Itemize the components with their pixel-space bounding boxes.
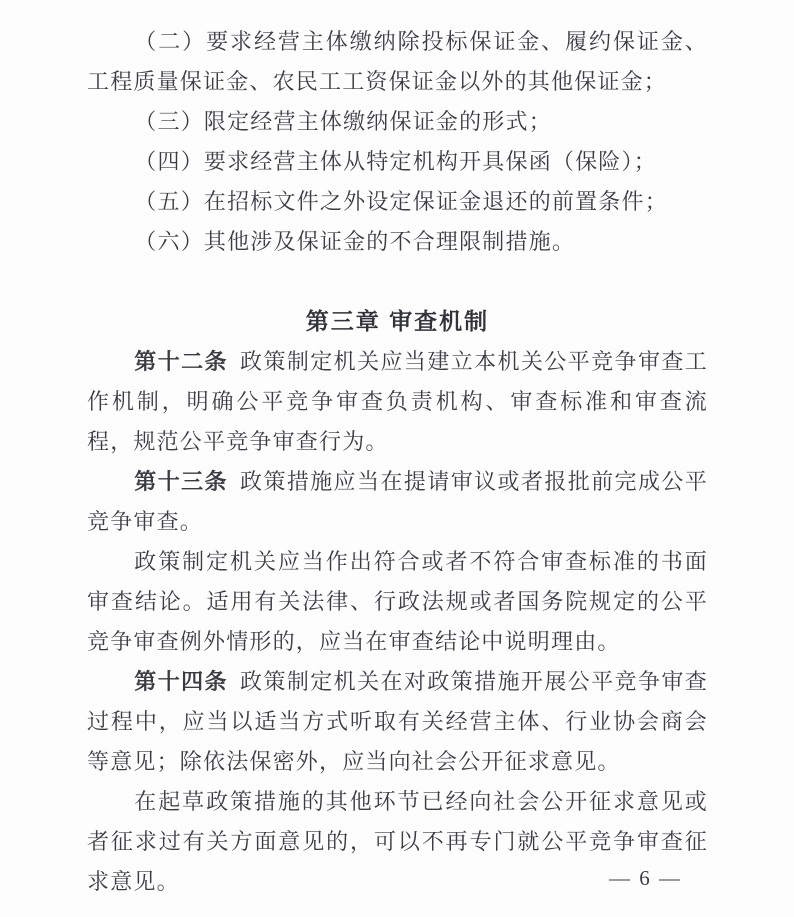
article-13-paragraph: 第十三条政策措施应当在提请审议或者报批前完成公平竞争审查。: [87, 462, 708, 542]
article-14-paragraph: 第十四条政策制定机关在对政策措施开展公平竞争审查过程中，应当以适当方式听取有关经…: [87, 662, 708, 782]
article-13-label: 第十三条: [134, 469, 240, 494]
article-13-paragraph-2: 政策制定机关应当作出符合或者不符合审查标准的书面审查结论。适用有关法律、行政法规…: [87, 542, 708, 662]
article-14-label: 第十四条: [134, 669, 240, 694]
list-item-2: （二）要求经营主体缴纳除投标保证金、履约保证金、工程质量保证金、农民工工资保证金…: [87, 22, 708, 102]
page-number: — 6 —: [609, 866, 682, 891]
article-12-label: 第十二条: [134, 349, 240, 374]
article-12-paragraph: 第十二条政策制定机关应当建立本机关公平竞争审查工作机制，明确公平竞争审查负责机构…: [87, 342, 708, 462]
list-item-5: （五）在招标文件之外设定保证金退还的前置条件；: [87, 182, 708, 222]
document-page: （二）要求经营主体缴纳除投标保证金、履约保证金、工程质量保证金、农民工工资保证金…: [0, 0, 794, 917]
chapter-heading: 第三章 审查机制: [87, 300, 708, 342]
list-item-4: （四）要求经营主体从特定机构开具保函（保险）；: [87, 142, 708, 182]
list-item-3: （三）限定经营主体缴纳保证金的形式；: [87, 102, 708, 142]
list-item-6: （六）其他涉及保证金的不合理限制措施。: [87, 222, 708, 262]
